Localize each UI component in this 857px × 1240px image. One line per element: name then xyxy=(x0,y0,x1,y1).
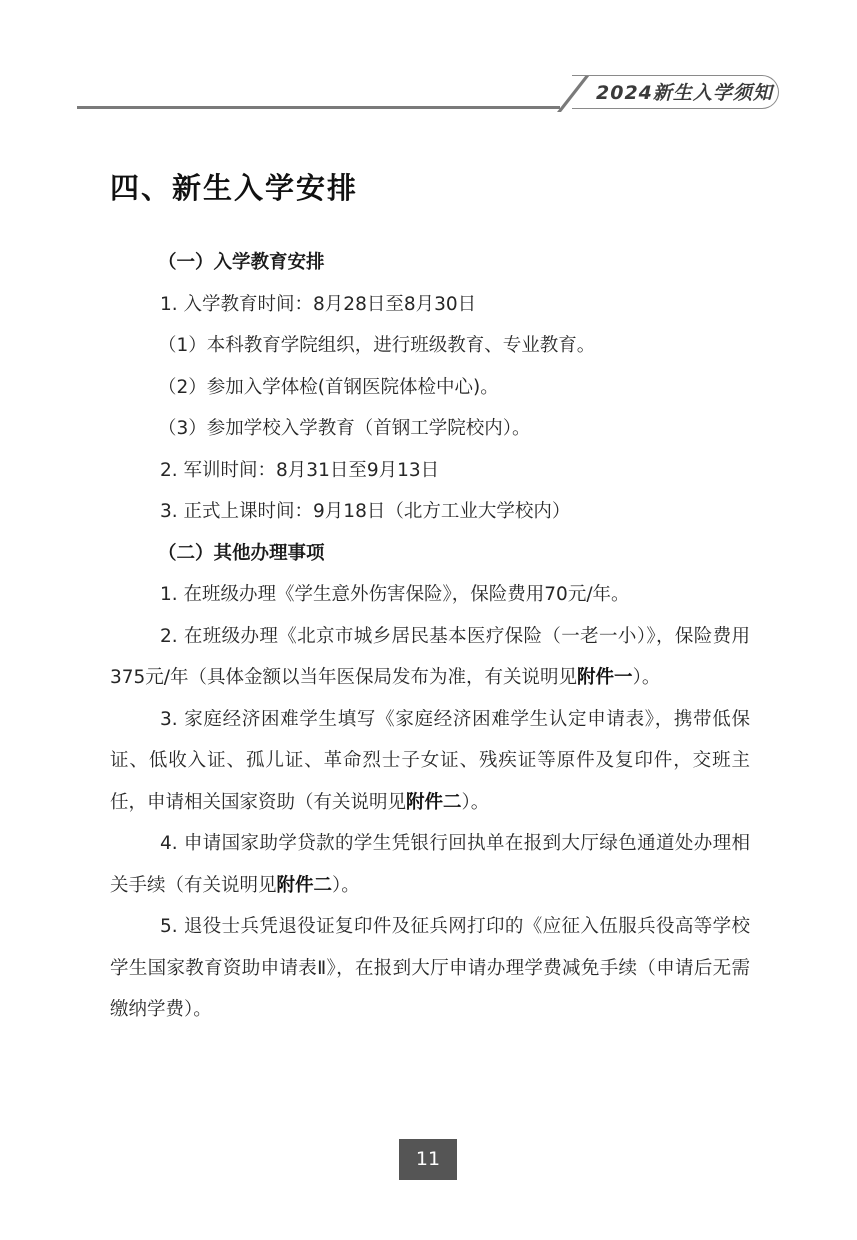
page-number: 11 xyxy=(399,1139,457,1180)
list-item: 5. 退役士兵凭退役证复印件及征兵网打印的《应征入伍服兵役高等学校学生国家教育资… xyxy=(110,906,750,1031)
item-text: 4. 申请国家助学贷款的学生凭银行回执单在报到大厅绿色通道处办理相关手续（有关说… xyxy=(110,833,750,896)
list-item: 4. 申请国家助学贷款的学生凭银行回执单在报到大厅绿色通道处办理相关手续（有关说… xyxy=(110,823,750,906)
document-body: （一）入学教育安排 1. 入学教育时间：8月28日至8月30日 （1）本科教育学… xyxy=(110,242,750,1031)
list-item: 2. 在班级办理《北京市城乡居民基本医疗保险（一老一小）》，保险费用375元/年… xyxy=(110,616,750,699)
list-item: 3. 正式上课时间：9月18日（北方工业大学校内） xyxy=(110,491,750,533)
header-rule xyxy=(77,106,560,109)
list-item: （2）参加入学体检(首钢医院体检中心)。 xyxy=(110,367,750,409)
section-heading-enrollment-education: （一）入学教育安排 xyxy=(110,242,750,284)
appendix-reference: 附件二 xyxy=(277,875,333,896)
list-item: （1）本科教育学院组织，进行班级教育、专业教育。 xyxy=(110,325,750,367)
item-text: ）。 xyxy=(462,792,490,813)
list-item: 2. 军训时间：8月31日至9月13日 xyxy=(110,450,750,492)
list-item: 1. 入学教育时间：8月28日至8月30日 xyxy=(110,284,750,326)
list-item: （3）参加学校入学教育（首钢工学院校内）。 xyxy=(110,408,750,450)
item-text: ）。 xyxy=(332,875,360,896)
list-item: 1. 在班级办理《学生意外伤害保险》，保险费用70元/年。 xyxy=(110,574,750,616)
header-title: 2024新生入学须知 xyxy=(596,78,773,105)
appendix-reference: 附件一 xyxy=(577,667,633,688)
page-title: 四、新生入学安排 xyxy=(110,166,358,207)
appendix-reference: 附件二 xyxy=(406,792,462,813)
list-item: 3. 家庭经济困难学生填写《家庭经济困难学生认定申请表》，携带低保证、低收入证、… xyxy=(110,699,750,824)
item-text: ）。 xyxy=(633,667,661,688)
section-heading-other-matters: （二）其他办理事项 xyxy=(110,533,750,575)
